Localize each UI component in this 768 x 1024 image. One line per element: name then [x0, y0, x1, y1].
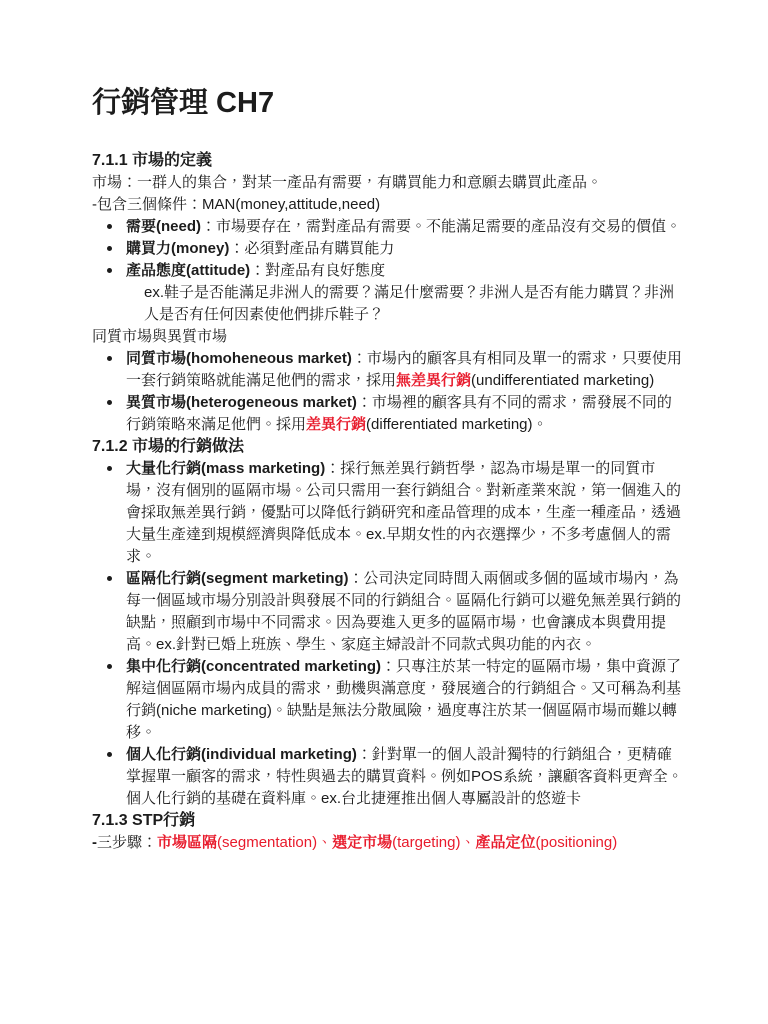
bullet-attitude: 產品態度(attitude)：對產品有良好態度ex.鞋子是否能滿足非洲人的需要？… [92, 260, 684, 326]
bullet-text: 集中化行銷(concentrated marketing)：只專注於某一特定的區… [126, 658, 681, 741]
text-run: 無差異行銷 [396, 372, 471, 389]
text-run: ：必須對產品有購買能力 [229, 240, 394, 257]
text-run: 集中化行銷(concentrated marketing) [126, 658, 381, 675]
bullet-icon [107, 466, 112, 471]
text-run: 7.1.1 市場的定義 [92, 152, 212, 169]
text-run: 異質市場(heterogeneous market) [126, 394, 357, 411]
text-run: 三步驟： [97, 834, 157, 851]
bullet-icon [107, 224, 112, 229]
text-run: 購買力(money) [126, 240, 229, 257]
bullet-heterogeneous-market: 異質市場(heterogeneous market)：市場裡的顧客具有不同的需求… [92, 392, 684, 436]
text-run: (segmentation) [217, 834, 317, 851]
paragraph-stp-steps: -三步驟：市場區隔(segmentation)、選定市場(targeting)、… [92, 832, 684, 854]
bullet-text: 大量化行銷(mass marketing)：採行無差異行銷哲學，認為市場是單一的… [126, 460, 681, 565]
text-run: 產品態度(attitude) [126, 262, 250, 279]
text-run: 7.1.2 市場的行銷做法 [92, 438, 244, 455]
bullet-segment-marketing: 區隔化行銷(segment marketing)：公司決定同時間入兩個或多個的區… [92, 568, 684, 656]
bullet-icon [107, 268, 112, 273]
text-run: (targeting) [392, 834, 460, 851]
bullet-example: ex.鞋子是否能滿足非洲人的需要？滿足什麼需要？非洲人是否有能力購買？非洲人是否… [126, 282, 684, 326]
text-run: -包含三個條件：MAN(money,attitude,need) [92, 196, 380, 213]
bullet-money: 購買力(money)：必須對產品有購買能力 [92, 238, 684, 260]
bullet-text: 產品態度(attitude)：對產品有良好態度 [126, 262, 385, 279]
bullet-need: 需要(need)：市場要存在，需對產品有需要。不能滿足需要的產品沒有交易的價值。 [92, 216, 684, 238]
bullet-icon [107, 752, 112, 757]
bullet-icon [107, 576, 112, 581]
bullet-icon [107, 400, 112, 405]
bullet-icon [107, 246, 112, 251]
bullet-text: 需要(need)：市場要存在，需對產品有需要。不能滿足需要的產品沒有交易的價值。 [126, 218, 681, 235]
paragraph-man-conditions: -包含三個條件：MAN(money,attitude,need) [92, 194, 684, 216]
bullet-text: 購買力(money)：必須對產品有購買能力 [126, 240, 394, 257]
section-heading-7-1-3: 7.1.3 STP行銷 [92, 810, 684, 832]
text-run: 大量化行銷(mass marketing) [126, 460, 325, 477]
paragraph-market-definition: 市場：一群人的集合，對某一產品有需要，有購買能力和意願去購買此產品。 [92, 172, 684, 194]
section-heading-7-1-2: 7.1.2 市場的行銷做法 [92, 436, 684, 458]
text-run: 區隔化行銷(segment marketing) [126, 570, 349, 587]
text-run: 產品定位 [476, 834, 536, 851]
text-run: 、 [317, 834, 332, 851]
bullet-mass-marketing: 大量化行銷(mass marketing)：採行無差異行銷哲學，認為市場是單一的… [92, 458, 684, 568]
bullet-homogeneous-market: 同質市場(homoheneous market)：市場內的顧客具有相同及單一的需… [92, 348, 684, 392]
bullet-icon [107, 664, 112, 669]
text-run: 需要(need) [126, 218, 201, 235]
paragraph-homo-hetero-intro: 同質市場與異質市場 [92, 326, 684, 348]
text-run: 同質市場(homoheneous market) [126, 350, 352, 367]
document-page: 行銷管理 CH7 7.1.1 市場的定義市場：一群人的集合，對某一產品有需要，有… [0, 0, 768, 1024]
bullet-concentrated-marketing: 集中化行銷(concentrated marketing)：只專注於某一特定的區… [92, 656, 684, 744]
bullet-text: 區隔化行銷(segment marketing)：公司決定同時間入兩個或多個的區… [126, 570, 681, 653]
text-run: 同質市場與異質市場 [92, 328, 227, 345]
text-run: 7.1.3 STP行銷 [92, 812, 195, 829]
text-run: (positioning) [536, 834, 618, 851]
page-title: 行銷管理 CH7 [92, 86, 684, 120]
text-run: ：對產品有良好態度 [250, 262, 385, 279]
bullet-individual-marketing: 個人化行銷(individual marketing)：針對單一的個人設計獨特的… [92, 744, 684, 810]
section-heading-7-1-1: 7.1.1 市場的定義 [92, 150, 684, 172]
document-content: 7.1.1 市場的定義市場：一群人的集合，對某一產品有需要，有購買能力和意願去購… [92, 150, 684, 854]
text-run: ex.鞋子是否能滿足非洲人的需要？滿足什麼需要？非洲人是否有能力購買？非洲人是否… [144, 284, 674, 323]
text-run: 個人化行銷(individual marketing) [126, 746, 357, 763]
bullet-text: 同質市場(homoheneous market)：市場內的顧客具有相同及單一的需… [126, 350, 682, 389]
bullet-text: 異質市場(heterogeneous market)：市場裡的顧客具有不同的需求… [126, 394, 672, 433]
text-run: ：市場要存在，需對產品有需要。不能滿足需要的產品沒有交易的價值。 [201, 218, 681, 235]
text-run: (differentiated marketing)。 [366, 416, 547, 433]
text-run: (undifferentiated marketing) [471, 372, 654, 389]
text-run: 、 [461, 834, 476, 851]
bullet-icon [107, 356, 112, 361]
text-run: 選定市場 [332, 834, 392, 851]
text-run: 市場：一群人的集合，對某一產品有需要，有購買能力和意願去購買此產品。 [92, 174, 602, 191]
text-run: 市場區隔 [157, 834, 217, 851]
bullet-text: 個人化行銷(individual marketing)：針對單一的個人設計獨特的… [126, 746, 683, 807]
text-run: 差異行銷 [306, 416, 366, 433]
